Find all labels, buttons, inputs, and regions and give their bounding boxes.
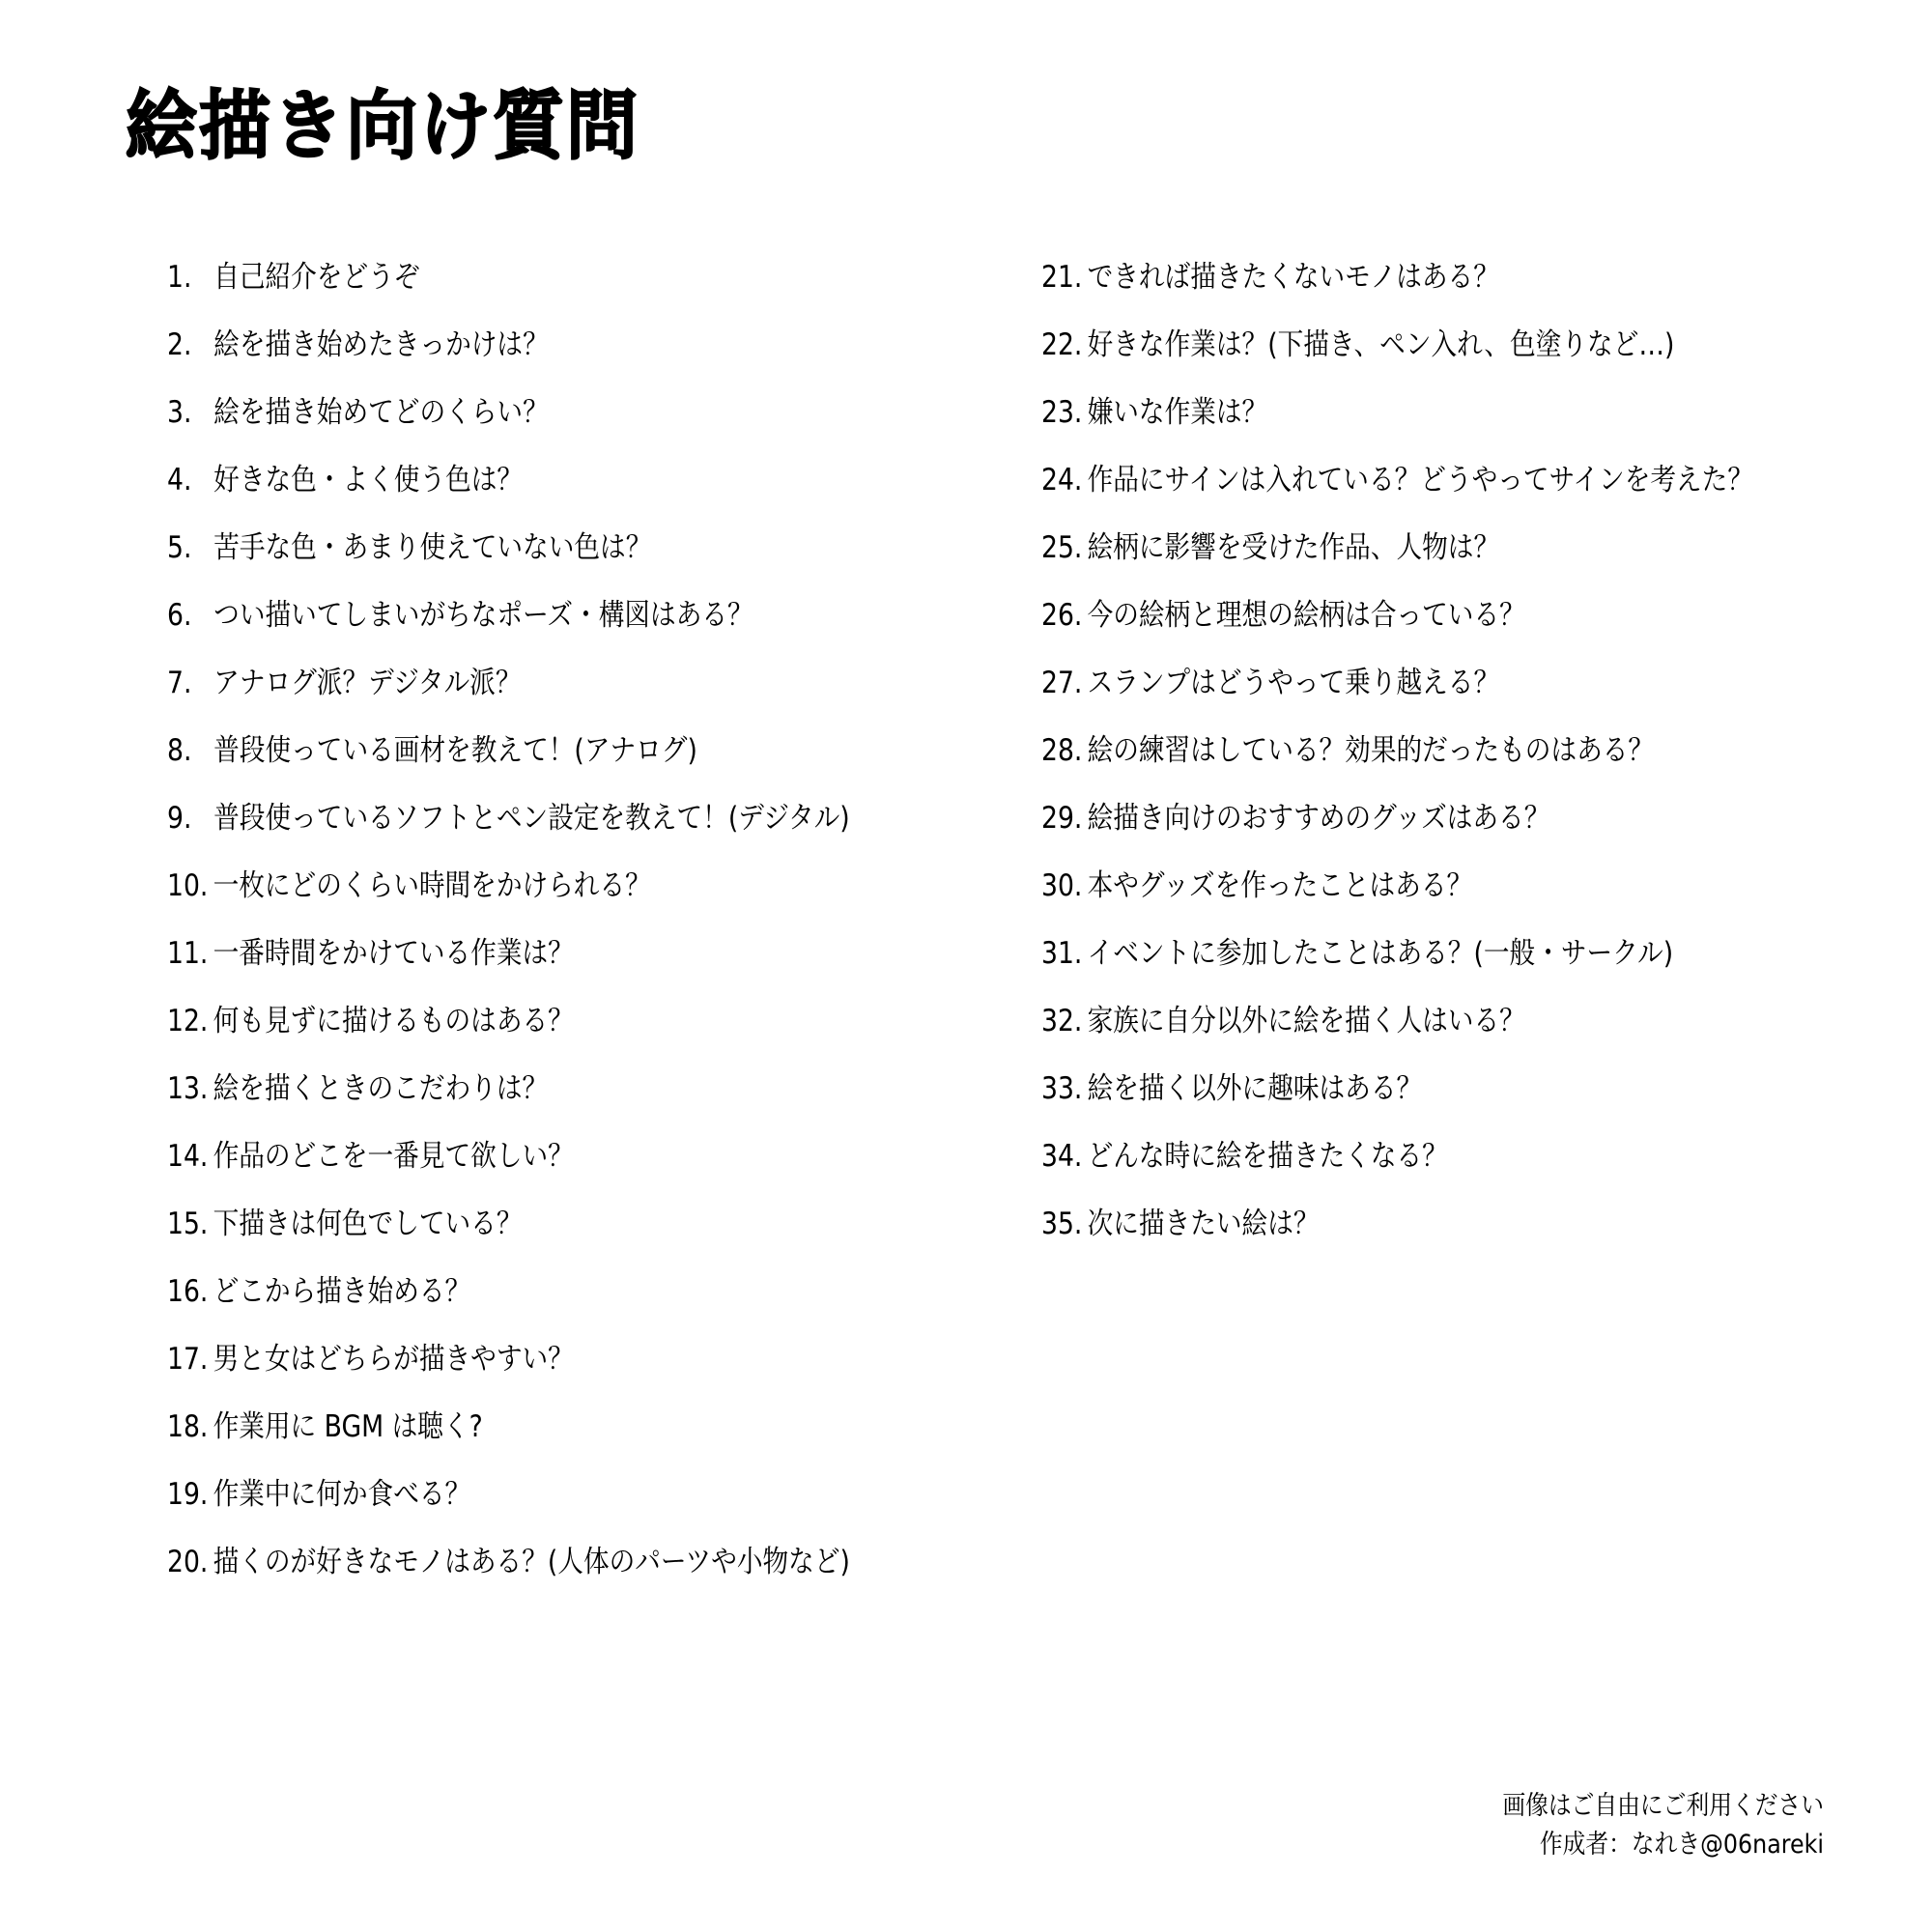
question-number: 27. bbox=[1041, 668, 1082, 698]
question-text: 下描きは何色でしている？ bbox=[213, 1209, 523, 1239]
question-item: 6.つい描いてしまいがちなポーズ・構図はある？ bbox=[167, 582, 850, 649]
question-text: どんな時に絵を描きたくなる？ bbox=[1088, 1142, 1448, 1172]
usage-note: 画像はご自由にご利用ください bbox=[1502, 1787, 1824, 1826]
question-text: 嫌いな作業は？ bbox=[1088, 398, 1268, 428]
question-item: 17.男と女はどちらが描きやすい？ bbox=[167, 1325, 850, 1393]
question-number: 32. bbox=[1041, 1007, 1082, 1037]
question-item: 13.絵を描くときのこだわりは？ bbox=[167, 1055, 850, 1122]
question-number: 33. bbox=[1041, 1074, 1082, 1104]
question-text: できれば描きたくないモノはある？ bbox=[1088, 263, 1499, 293]
question-number: 5. bbox=[167, 533, 209, 563]
question-item: 29.絵描き向けのおすすめのグッズはある？ bbox=[1041, 784, 1753, 852]
question-text: 作品のどこを一番見て欲しい？ bbox=[213, 1142, 574, 1172]
question-text: イベントに参加したことはある？(一般・サークル) bbox=[1088, 939, 1674, 969]
question-number: 13. bbox=[167, 1074, 208, 1104]
question-number: 35. bbox=[1041, 1209, 1082, 1239]
question-item: 10.一枚にどのくらい時間をかけられる？ bbox=[167, 852, 850, 920]
question-item: 34.どんな時に絵を描きたくなる？ bbox=[1041, 1122, 1753, 1190]
question-item: 26.今の絵柄と理想の絵柄は合っている？ bbox=[1041, 582, 1753, 649]
question-text: 作業中に何か食べる？ bbox=[213, 1480, 471, 1510]
question-item: 3.絵を描き始めてどのくらい？ bbox=[167, 379, 850, 446]
question-item: 21.できれば描きたくないモノはある？ bbox=[1041, 243, 1753, 311]
question-number: 20. bbox=[167, 1548, 208, 1577]
question-text: 絵を描くときのこだわりは？ bbox=[213, 1074, 549, 1104]
question-text: 絵柄に影響を受けた作品、人物は？ bbox=[1088, 533, 1500, 563]
question-number: 19. bbox=[167, 1480, 208, 1510]
question-number: 34. bbox=[1041, 1142, 1082, 1172]
question-text: 絵を描く以外に趣味はある？ bbox=[1088, 1074, 1423, 1104]
question-number: 30. bbox=[1041, 871, 1082, 901]
question-text: 一枚にどのくらい時間をかけられる？ bbox=[213, 871, 651, 901]
question-number: 2. bbox=[167, 330, 209, 360]
question-item: 16.どこから描き始める？ bbox=[167, 1258, 850, 1325]
question-text: 一番時間をかけている作業は？ bbox=[213, 939, 574, 969]
question-number: 26. bbox=[1041, 601, 1082, 631]
question-number: 1. bbox=[167, 263, 209, 293]
question-number: 8. bbox=[167, 736, 209, 766]
question-number: 6. bbox=[167, 601, 209, 631]
question-item: 19.作業中に何か食べる？ bbox=[167, 1461, 850, 1528]
question-text: 普段使っているソフトとペン設定を教えて！(デジタル) bbox=[213, 804, 850, 834]
question-item: 30.本やグッズを作ったことはある？ bbox=[1041, 852, 1753, 920]
question-text: アナログ派？デジタル派？ bbox=[213, 668, 521, 698]
question-text: 絵を描き始めたきっかけは？ bbox=[213, 330, 549, 360]
question-item: 5.苦手な色・あまり使えていない色は？ bbox=[167, 514, 850, 582]
question-number: 31. bbox=[1041, 939, 1082, 969]
question-item: 12.何も見ずに描けるものはある？ bbox=[167, 987, 850, 1055]
question-item: 35.次に描きたい絵は？ bbox=[1041, 1190, 1753, 1258]
question-number: 18. bbox=[167, 1412, 208, 1442]
question-text: 好きな色・よく使う色は？ bbox=[213, 466, 523, 496]
question-item: 27.スランプはどうやって乗り越える？ bbox=[1041, 649, 1753, 717]
question-item: 31.イベントに参加したことはある？(一般・サークル) bbox=[1041, 920, 1753, 987]
question-number: 25. bbox=[1041, 533, 1082, 563]
question-number: 7. bbox=[167, 668, 209, 698]
question-text: スランプはどうやって乗り越える？ bbox=[1088, 668, 1500, 698]
question-item: 2.絵を描き始めたきっかけは？ bbox=[167, 311, 850, 379]
question-item: 18.作業用に BGM は聴く? bbox=[167, 1393, 850, 1461]
question-text: 絵の練習はしている？効果的だったものはある？ bbox=[1088, 736, 1655, 766]
question-text: 作品にサインは入れている？どうやってサインを考えた？ bbox=[1088, 466, 1753, 496]
question-item: 32.家族に自分以外に絵を描く人はいる？ bbox=[1041, 987, 1753, 1055]
question-item: 23.嫌いな作業は？ bbox=[1041, 379, 1753, 446]
question-number: 15. bbox=[167, 1209, 208, 1239]
credits: 画像はご自由にご利用ください 作成者：なれき@06nareki bbox=[1502, 1787, 1824, 1864]
question-number: 11. bbox=[167, 939, 208, 969]
question-number: 21. bbox=[1041, 263, 1082, 293]
question-text: 苦手な色・あまり使えていない色は？ bbox=[213, 533, 651, 563]
question-text: 好きな作業は？(下描き、ペン入れ、色塗りなど…) bbox=[1088, 330, 1675, 360]
question-number: 16. bbox=[167, 1277, 208, 1307]
question-item: 33.絵を描く以外に趣味はある？ bbox=[1041, 1055, 1753, 1122]
question-text: 家族に自分以外に絵を描く人はいる？ bbox=[1088, 1007, 1525, 1037]
question-text: 次に描きたい絵は？ bbox=[1088, 1209, 1320, 1239]
question-number: 3. bbox=[167, 398, 209, 428]
question-item: 22.好きな作業は？(下描き、ペン入れ、色塗りなど…) bbox=[1041, 311, 1753, 379]
question-number: 29. bbox=[1041, 804, 1082, 834]
question-number: 12. bbox=[167, 1007, 208, 1037]
question-list-right: 21.できれば描きたくないモノはある？ 22.好きな作業は？(下描き、ペン入れ、… bbox=[1041, 243, 1869, 1258]
question-item: 25.絵柄に影響を受けた作品、人物は？ bbox=[1041, 514, 1753, 582]
question-item: 28.絵の練習はしている？効果的だったものはある？ bbox=[1041, 717, 1753, 784]
question-text: 本やグッズを作ったことはある？ bbox=[1088, 871, 1473, 901]
question-item: 1.自己紹介をどうぞ bbox=[167, 243, 850, 311]
question-item: 20.描くのが好きなモノはある？(人体のパーツや小物など) bbox=[167, 1528, 850, 1596]
question-text: 絵描き向けのおすすめのグッズはある？ bbox=[1088, 804, 1550, 834]
question-list-left: 1.自己紹介をどうぞ 2.絵を描き始めたきっかけは？ 3.絵を描き始めてどのくら… bbox=[167, 243, 961, 1596]
question-text: 絵を描き始めてどのくらい？ bbox=[213, 398, 549, 428]
question-text: 男と女はどちらが描きやすい？ bbox=[213, 1345, 574, 1375]
page-title: 絵描き向け質問 bbox=[126, 89, 639, 164]
question-text: 描くのが好きなモノはある？(人体のパーツや小物など) bbox=[213, 1548, 850, 1577]
question-number: 22. bbox=[1041, 330, 1082, 360]
question-number: 24. bbox=[1041, 466, 1082, 496]
question-number: 28. bbox=[1041, 736, 1082, 766]
question-item: 11.一番時間をかけている作業は？ bbox=[167, 920, 850, 987]
question-item: 15.下描きは何色でしている？ bbox=[167, 1190, 850, 1258]
question-text: つい描いてしまいがちなポーズ・構図はある？ bbox=[213, 601, 753, 631]
question-text: 自己紹介をどうぞ bbox=[213, 263, 419, 293]
question-number: 4. bbox=[167, 466, 209, 496]
question-text: 普段使っている画材を教えて！(アナログ) bbox=[213, 736, 697, 766]
question-item: 14.作品のどこを一番見て欲しい？ bbox=[167, 1122, 850, 1190]
question-text: 作業用に BGM は聴く? bbox=[213, 1412, 483, 1442]
question-item: 4.好きな色・よく使う色は？ bbox=[167, 446, 850, 514]
question-number: 14. bbox=[167, 1142, 208, 1172]
question-text: どこから描き始める？ bbox=[213, 1277, 471, 1307]
question-number: 17. bbox=[167, 1345, 208, 1375]
question-item: 7.アナログ派？デジタル派？ bbox=[167, 649, 850, 717]
author-credit: 作成者：なれき@06nareki bbox=[1502, 1826, 1824, 1864]
question-number: 23. bbox=[1041, 398, 1082, 428]
question-item: 24.作品にサインは入れている？どうやってサインを考えた？ bbox=[1041, 446, 1753, 514]
question-text: 今の絵柄と理想の絵柄は合っている？ bbox=[1088, 601, 1525, 631]
question-number: 10. bbox=[167, 871, 208, 901]
question-item: 9.普段使っているソフトとペン設定を教えて！(デジタル) bbox=[167, 784, 850, 852]
question-number: 9. bbox=[167, 804, 209, 834]
question-item: 8.普段使っている画材を教えて！(アナログ) bbox=[167, 717, 850, 784]
question-text: 何も見ずに描けるものはある？ bbox=[213, 1007, 574, 1037]
